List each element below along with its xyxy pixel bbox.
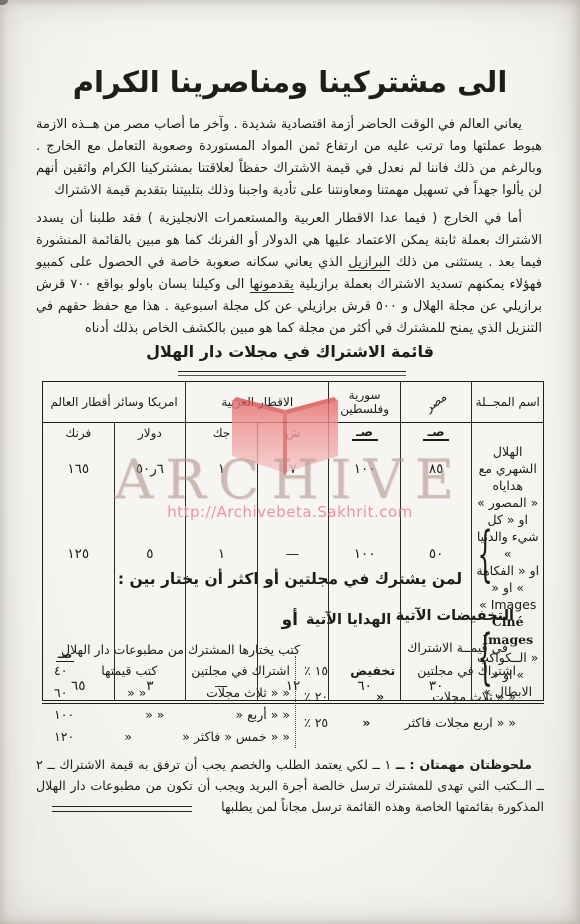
para2-underlined-word: يقدمونها xyxy=(250,277,294,293)
intro-paragraph-2: أما في الخارج ( فيما عدا الاقطار العربية… xyxy=(36,208,542,340)
magazine-name-group: « المصور » او « كل شيء والدنيا » او « ال… xyxy=(472,494,544,613)
footnote-label: ملحوظتان مهمتان : ــ xyxy=(396,757,532,772)
subheader-pound: جك xyxy=(186,423,258,444)
col-header-syria-palestine: سورية وفلسطين xyxy=(329,382,401,423)
subheader-franc: فرنك xyxy=(43,423,115,444)
price-syria: ١٠٠ xyxy=(329,443,401,494)
magazine-name-group: Ciné Images « الــكواكب » او « الابطال »… xyxy=(472,613,544,702)
price-table: اسم المجــلة مصر سورية وفلسطين الاقطار ا… xyxy=(42,381,544,704)
price-shilling: — xyxy=(257,494,329,613)
col-header-america-world: امريكا وسائر أقطار العالم xyxy=(43,382,186,423)
scanned-document-page: الى مشتركينا ومناصرينا الكرام يعاني العا… xyxy=(0,0,580,924)
subscription-price-table: اسم المجــلة مصر سورية وفلسطين الاقطار ا… xyxy=(42,381,544,704)
magazine-name: الهلال الشهري مع هداياه xyxy=(472,443,544,494)
subheader-shilling: ش xyxy=(257,423,329,444)
gift-row: « « خمس « فاكثر « « ١٢٠ xyxy=(54,728,290,745)
intro-paragraph-1: يعاني العالم في الوقت الحاضر أزمة اقتصاد… xyxy=(36,114,542,202)
para2-underlined-word-brazil: البرازيل xyxy=(348,255,390,271)
discount-row-keyword: « xyxy=(362,714,370,731)
col-header-magazine-name: اسم المجــلة xyxy=(472,382,544,423)
table-row-weeklies-group2: Ciné Images « الــكواكب » او « الابطال »… xyxy=(43,613,544,702)
price-franc: ٦٥ xyxy=(43,613,115,702)
piaster-sign: صـ xyxy=(423,427,449,441)
price-syria: ١٠٠ xyxy=(329,494,401,613)
price-franc: ١٢٥ xyxy=(43,494,115,613)
price-syria: ٦٠ xyxy=(329,613,401,702)
table-row-alhilal: الهلال الشهري مع هداياه ٨٥ ١٠٠ ٧ ١ ٦ر٥٠ … xyxy=(43,443,544,494)
price-shilling: ٧ xyxy=(257,443,329,494)
gift-row-value: ١٢٠ xyxy=(54,728,74,745)
price-egypt: ٨٥ xyxy=(400,443,472,494)
gift-row-label: « « أربع « xyxy=(235,706,290,723)
gift-row-keyword: « xyxy=(124,728,132,745)
gift-row: « « أربع « « « ١٠٠ xyxy=(54,706,290,723)
price-egypt: ٣٠ xyxy=(400,613,472,702)
gift-row-label: « « خمس « فاكثر « xyxy=(182,728,290,745)
price-egypt: ٥٠ xyxy=(400,494,472,613)
col-header-egypt: مصر xyxy=(400,382,472,423)
magazine-name-text: الهلال الشهري مع هداياه xyxy=(474,443,541,494)
discount-row: « « اربع مجلات فاكثر « ٢٥ ٪ xyxy=(304,714,516,731)
subscription-table-title: قائمة الاشتراك في مجلات دار الهلال xyxy=(0,342,580,361)
scan-corner-artifact xyxy=(0,0,8,5)
table-cell-empty xyxy=(472,423,544,444)
egypt-label: مصر xyxy=(423,389,450,414)
subheader-piaster-syria: صـ xyxy=(329,423,401,444)
price-pound: ١ xyxy=(186,494,258,613)
discount-row-label: « « اربع مجلات فاكثر xyxy=(405,714,516,731)
price-dollar: ٣ xyxy=(114,613,186,702)
group-brace: } xyxy=(477,519,492,589)
price-dollar: ٦ر٥٠ xyxy=(114,443,186,494)
discount-row-value: ٢٥ ٪ xyxy=(304,714,328,731)
price-pound: — xyxy=(186,613,258,702)
col-header-arab-countries: الاقطار العربية xyxy=(186,382,329,423)
piaster-sign: صـ xyxy=(352,427,378,441)
table-row-weeklies-group1: « المصور » او « كل شيء والدنيا » او « ال… xyxy=(43,494,544,613)
subheader-dollar: دولار xyxy=(114,423,186,444)
price-shilling: ١٢ xyxy=(257,613,329,702)
title-underline-rule xyxy=(178,371,406,376)
price-dollar: ٥ xyxy=(114,494,186,613)
gift-row-keyword: « « xyxy=(145,706,164,723)
gift-row-value: ١٠٠ xyxy=(54,706,74,723)
group-brace: } xyxy=(477,622,492,692)
table-header-row: اسم المجــلة مصر سورية وفلسطين الاقطار ا… xyxy=(43,382,544,423)
price-pound: ١ xyxy=(186,443,258,494)
page-title: الى مشتركينا ومناصرينا الكرام xyxy=(0,65,580,99)
table-subheader-row: صـ صـ ش جك دولار فرنك xyxy=(43,423,544,444)
price-franc: ١٦٥ xyxy=(43,443,115,494)
subheader-piaster-egypt: صـ xyxy=(400,423,472,444)
footnote-underline-rule xyxy=(52,806,192,812)
